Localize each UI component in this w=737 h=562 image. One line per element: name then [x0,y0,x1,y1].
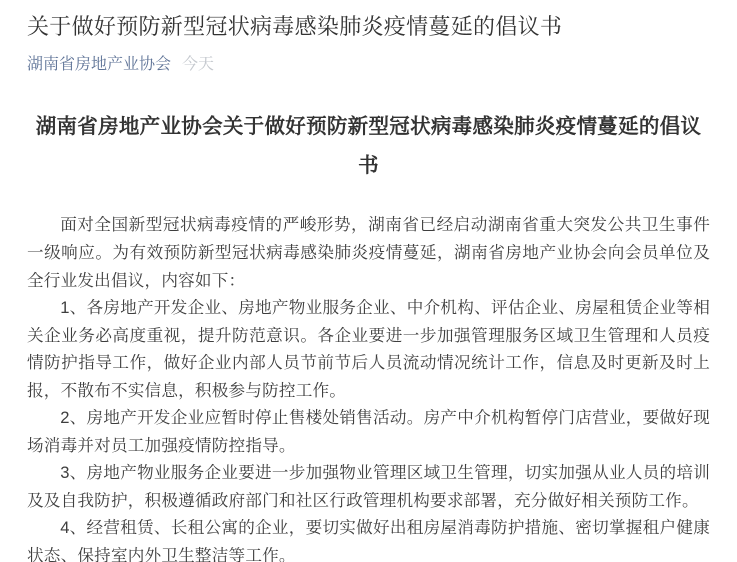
publish-time: 今天 [182,55,214,76]
article-meta: 湖南省房地产业协会 今天 [27,55,710,76]
body-paragraph: 4、经营租赁、长租公寓的企业，要切实做好出租房屋消毒防护措施、密切掌握租户健康状… [27,514,710,562]
account-name-link[interactable]: 湖南省房地产业协会 [27,55,171,76]
article-title: 关于做好预防新型冠状病毒感染肺炎疫情蔓延的倡议书 [27,12,710,43]
document-heading: 湖南省房地产业协会关于做好预防新型冠状病毒感染肺炎疫情蔓延的倡议书 [31,108,706,186]
body-paragraph: 2、房地产开发企业应暂时停止售楼处销售活动。房产中介机构暂停门店营业，要做好现场… [27,404,710,459]
body-paragraph: 3、房地产物业服务企业要进一步加强物业管理区域卫生管理，切实加强从业人员的培训及… [27,459,710,514]
article-page: 关于做好预防新型冠状病毒感染肺炎疫情蔓延的倡议书 湖南省房地产业协会 今天 湖南… [0,0,737,562]
body-paragraph: 1、各房地产开发企业、房地产物业服务企业、中介机构、评估企业、房屋租赁企业等相关… [27,294,710,404]
article-body: 面对全国新型冠状病毒疫情的严峻形势，湖南省已经启动湖南省重大突发公共卫生事件一级… [27,211,710,562]
body-paragraph: 面对全国新型冠状病毒疫情的严峻形势，湖南省已经启动湖南省重大突发公共卫生事件一级… [27,211,710,294]
